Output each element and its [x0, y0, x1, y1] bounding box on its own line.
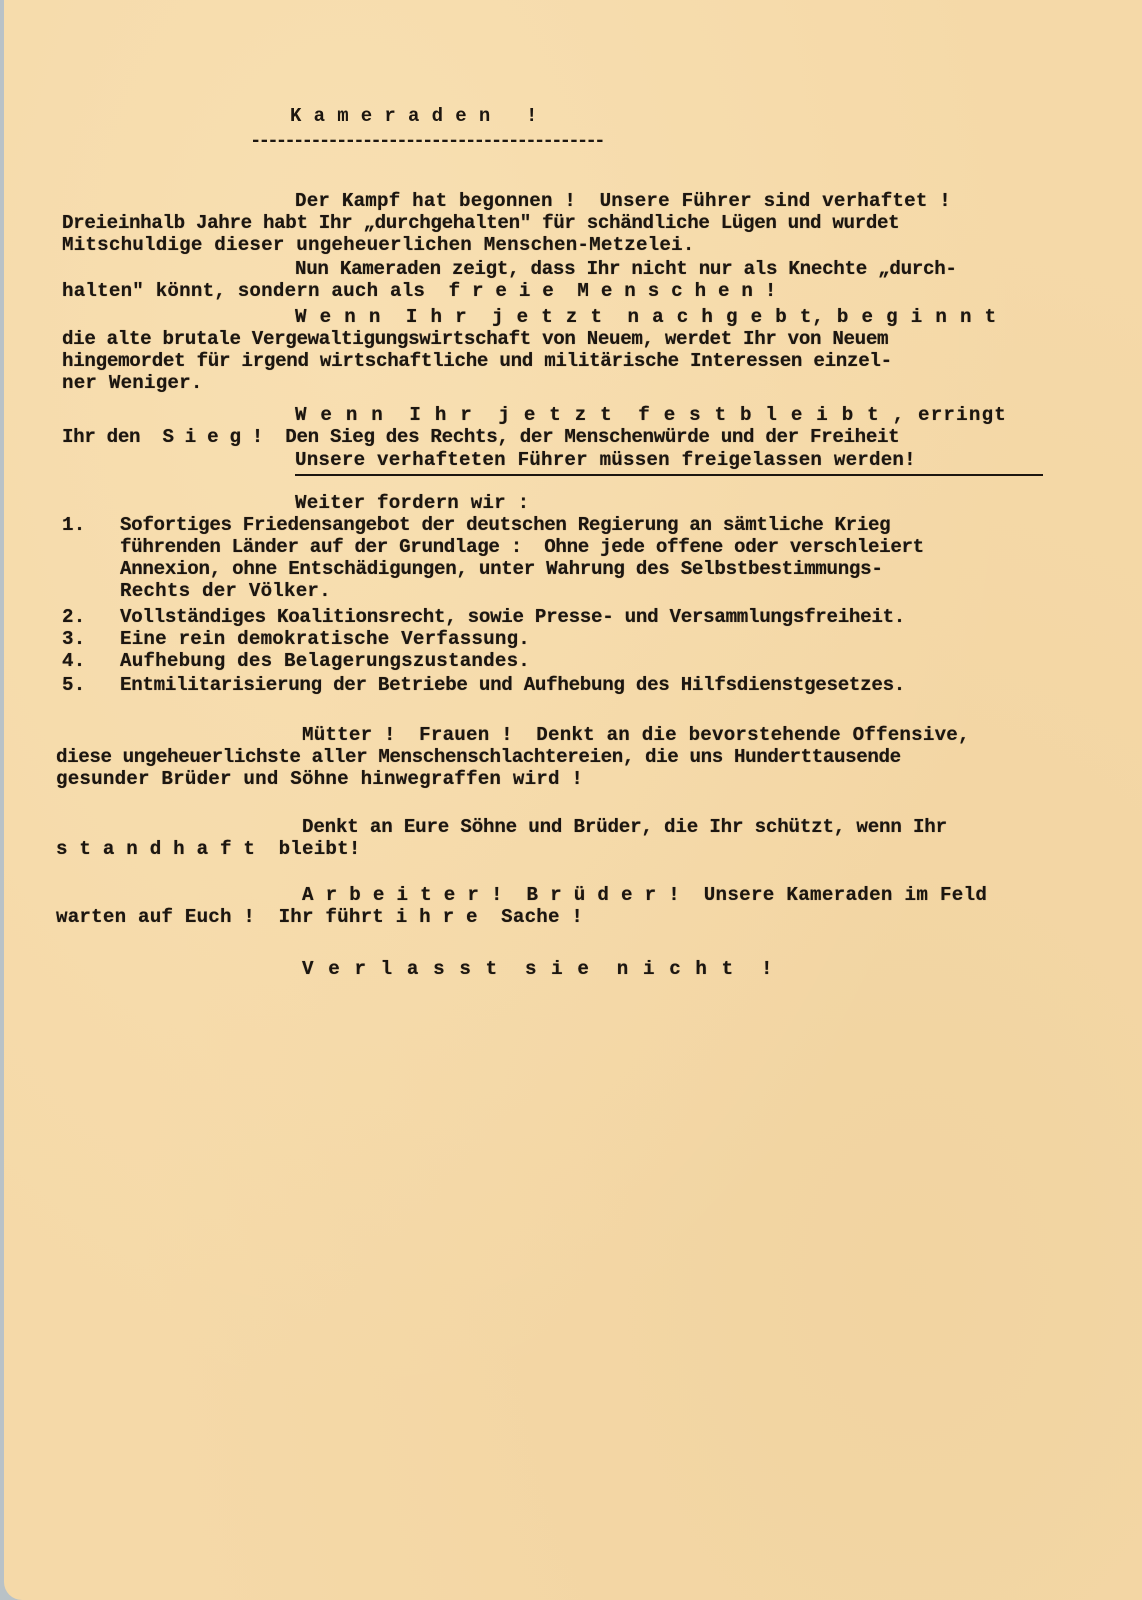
demand-1-line-2: führenden Länder auf der Grundlage : Ohn… — [120, 536, 924, 558]
demand-3-text: Eine rein demokratische Verfassung. — [120, 628, 530, 650]
paragraph-6-line-1: Denkt an Eure Söhne und Brüder, die Ihr … — [302, 816, 947, 838]
paragraph-6-line-2: s t a n d h a f t bleibt! — [56, 838, 361, 860]
document-title: K a m e r a d e n ! — [290, 105, 538, 127]
paragraph-1-line-1: Der Kampf hat begonnen ! Unsere Führer s… — [295, 190, 951, 212]
paragraph-3-line-2: die alte brutale Vergewaltigungswirtscha… — [62, 328, 888, 350]
paragraph-5-line-2: diese ungeheuerlichste aller Menschensch… — [56, 746, 901, 768]
paragraph-1-line-2: Dreieinhalb Jahre habt Ihr „durchgehalte… — [62, 212, 899, 234]
demand-2-number: 2. — [62, 606, 85, 628]
paragraph-3-line-4: ner Weniger. — [62, 372, 203, 394]
demand-4-number: 4. — [62, 650, 85, 672]
paragraph-5-line-1: Mütter ! Frauen ! Denkt an die bevorsteh… — [302, 724, 970, 746]
paragraph-4-line-1: W e n n I h r j e t z t f e s t b l e i … — [295, 404, 1007, 426]
paragraph-7-line-2: warten auf Euch ! Ihr führt i h r e Sach… — [56, 906, 583, 928]
paragraph-2-line-2: halten" könnt, sondern auch als f r e i … — [62, 280, 777, 302]
demand-5-text: Entmilitarisierung der Betriebe und Aufh… — [120, 674, 905, 696]
paragraph-7-line-1: A r b e i t e r ! B r ü d e r ! Unsere K… — [302, 884, 987, 906]
typewritten-leaflet: K a m e r a d e n ! --------------------… — [4, 0, 1142, 1600]
closing-line: V e r l a s s t s i e n i c h t ! — [302, 958, 774, 980]
demand-5-number: 5. — [62, 674, 85, 696]
paragraph-4-line-2: Ihr den S i e g ! Den Sieg des Rechts, d… — [62, 426, 899, 448]
paragraph-2-line-1: Nun Kameraden zeigt, dass Ihr nicht nur … — [295, 258, 957, 280]
paragraph-3-line-3: hingemordet für irgend wirtschaftliche u… — [62, 350, 892, 372]
paragraph-5-line-3: gesunder Brüder und Söhne hinwegraffen w… — [56, 768, 583, 790]
demand-1-line-3: Annexion, ohne Entschädigungen, unter Wa… — [120, 558, 883, 580]
demand-underline-rule — [295, 474, 1043, 476]
demand-3-number: 3. — [62, 628, 85, 650]
demand-1-line-1: Sofortiges Friedensangebot der deutschen… — [120, 514, 890, 536]
demand-4-text: Aufhebung des Belagerungszustandes. — [120, 650, 530, 672]
title-dashed-rule: ----------------------------------------… — [250, 130, 603, 152]
demand-1-line-4: Rechts der Völker. — [120, 580, 331, 602]
demands-intro: Weiter fordern wir : — [295, 492, 529, 514]
paragraph-3-line-1: W e n n I h r j e t z t n a c h g e b t,… — [295, 306, 997, 328]
demand-1-number: 1. — [62, 514, 85, 536]
demand-2-text: Vollständiges Koalitionsrecht, sowie Pre… — [120, 606, 905, 628]
freedom-demand-underlined: Unsere verhafteten Führer müssen freigel… — [295, 449, 916, 471]
paragraph-1-line-3: Mitschuldige dieser ungeheuerlichen Mens… — [62, 234, 695, 256]
